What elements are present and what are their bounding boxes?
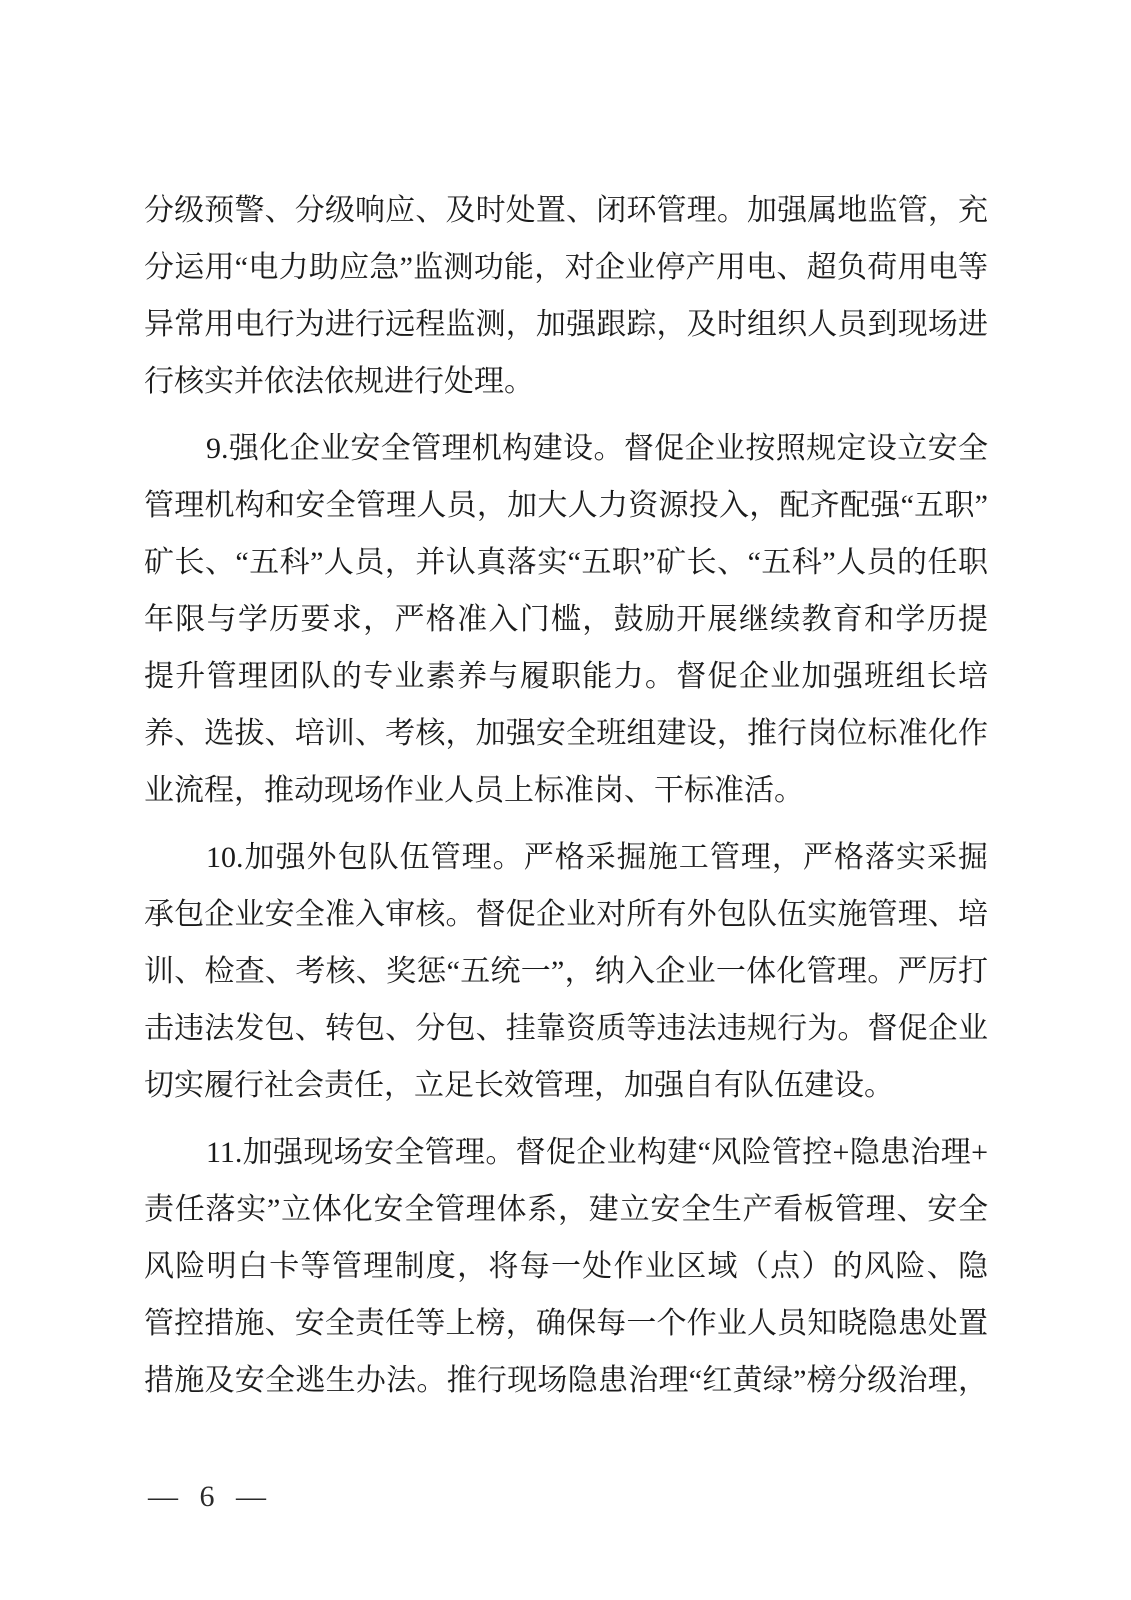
text-line: 10.加强外包队伍管理。严格采掘施工管理，严格落实采掘	[144, 829, 988, 886]
paragraph-9: 9.强化企业安全管理机构建设。督促企业按照规定设立安全管理机构和安全管理人员，加…	[144, 420, 988, 819]
text-line: 风险明白卡等管理制度，将每一处作业区域（点）的风险、隐患、	[144, 1238, 988, 1295]
paragraph-10: 10.加强外包队伍管理。严格采掘施工管理，严格落实采掘承包企业安全准入审核。督促…	[144, 829, 988, 1114]
text-line: 切实履行社会责任，立足长效管理，加强自有队伍建设。	[144, 1057, 988, 1114]
page-number: — 6 —	[148, 1477, 268, 1517]
text-line: 措施及安全逃生办法。推行现场隐患治理“红黄绿”榜分级治理，	[144, 1352, 988, 1409]
text-line: 责任落实”立体化安全管理体系，建立安全生产看板管理、安全	[144, 1181, 988, 1238]
paragraph-continuation: 分级预警、分级响应、及时处置、闭环管理。加强属地监管，充分运用“电力助应急”监测…	[144, 182, 988, 410]
text-line: 提升管理团队的专业素养与履职能力。督促企业加强班组长培	[144, 648, 988, 705]
text-line: 行核实并依法依规进行处理。	[144, 353, 988, 410]
text-line: 矿长、“五科”人员，并认真落实“五职”矿长、“五科”人员的任职	[144, 534, 988, 591]
text-line: 分运用“电力助应急”监测功能，对企业停产用电、超负荷用电等	[144, 239, 988, 296]
text-line: 年限与学历要求，严格准入门槛，鼓励开展继续教育和学历提升，	[144, 591, 988, 648]
document-body: 分级预警、分级响应、及时处置、闭环管理。加强属地监管，充分运用“电力助应急”监测…	[144, 182, 988, 1409]
text-line: 管控措施、安全责任等上榜，确保每一个作业人员知晓隐患处置	[144, 1295, 988, 1352]
text-line: 训、检查、考核、奖惩“五统一”，纳入企业一体化管理。严厉打	[144, 943, 988, 1000]
text-line: 9.强化企业安全管理机构建设。督促企业按照规定设立安全	[144, 420, 988, 477]
text-line: 分级预警、分级响应、及时处置、闭环管理。加强属地监管，充	[144, 182, 988, 239]
document-page: 分级预警、分级响应、及时处置、闭环管理。加强属地监管，充分运用“电力助应急”监测…	[0, 0, 1131, 1600]
paragraph-11: 11.加强现场安全管理。督促企业构建“风险管控+隐患治理+责任落实”立体化安全管…	[144, 1124, 988, 1409]
text-line: 业流程，推动现场作业人员上标准岗、干标准活。	[144, 762, 988, 819]
text-line: 承包企业安全准入审核。督促企业对所有外包队伍实施管理、培	[144, 886, 988, 943]
text-line: 管理机构和安全管理人员，加大人力资源投入，配齐配强“五职”	[144, 477, 988, 534]
text-line: 异常用电行为进行远程监测，加强跟踪，及时组织人员到现场进	[144, 296, 988, 353]
text-line: 11.加强现场安全管理。督促企业构建“风险管控+隐患治理+	[144, 1124, 988, 1181]
text-line: 击违法发包、转包、分包、挂靠资质等违法违规行为。督促企业	[144, 1000, 988, 1057]
text-line: 养、选拔、培训、考核，加强安全班组建设，推行岗位标准化作	[144, 705, 988, 762]
